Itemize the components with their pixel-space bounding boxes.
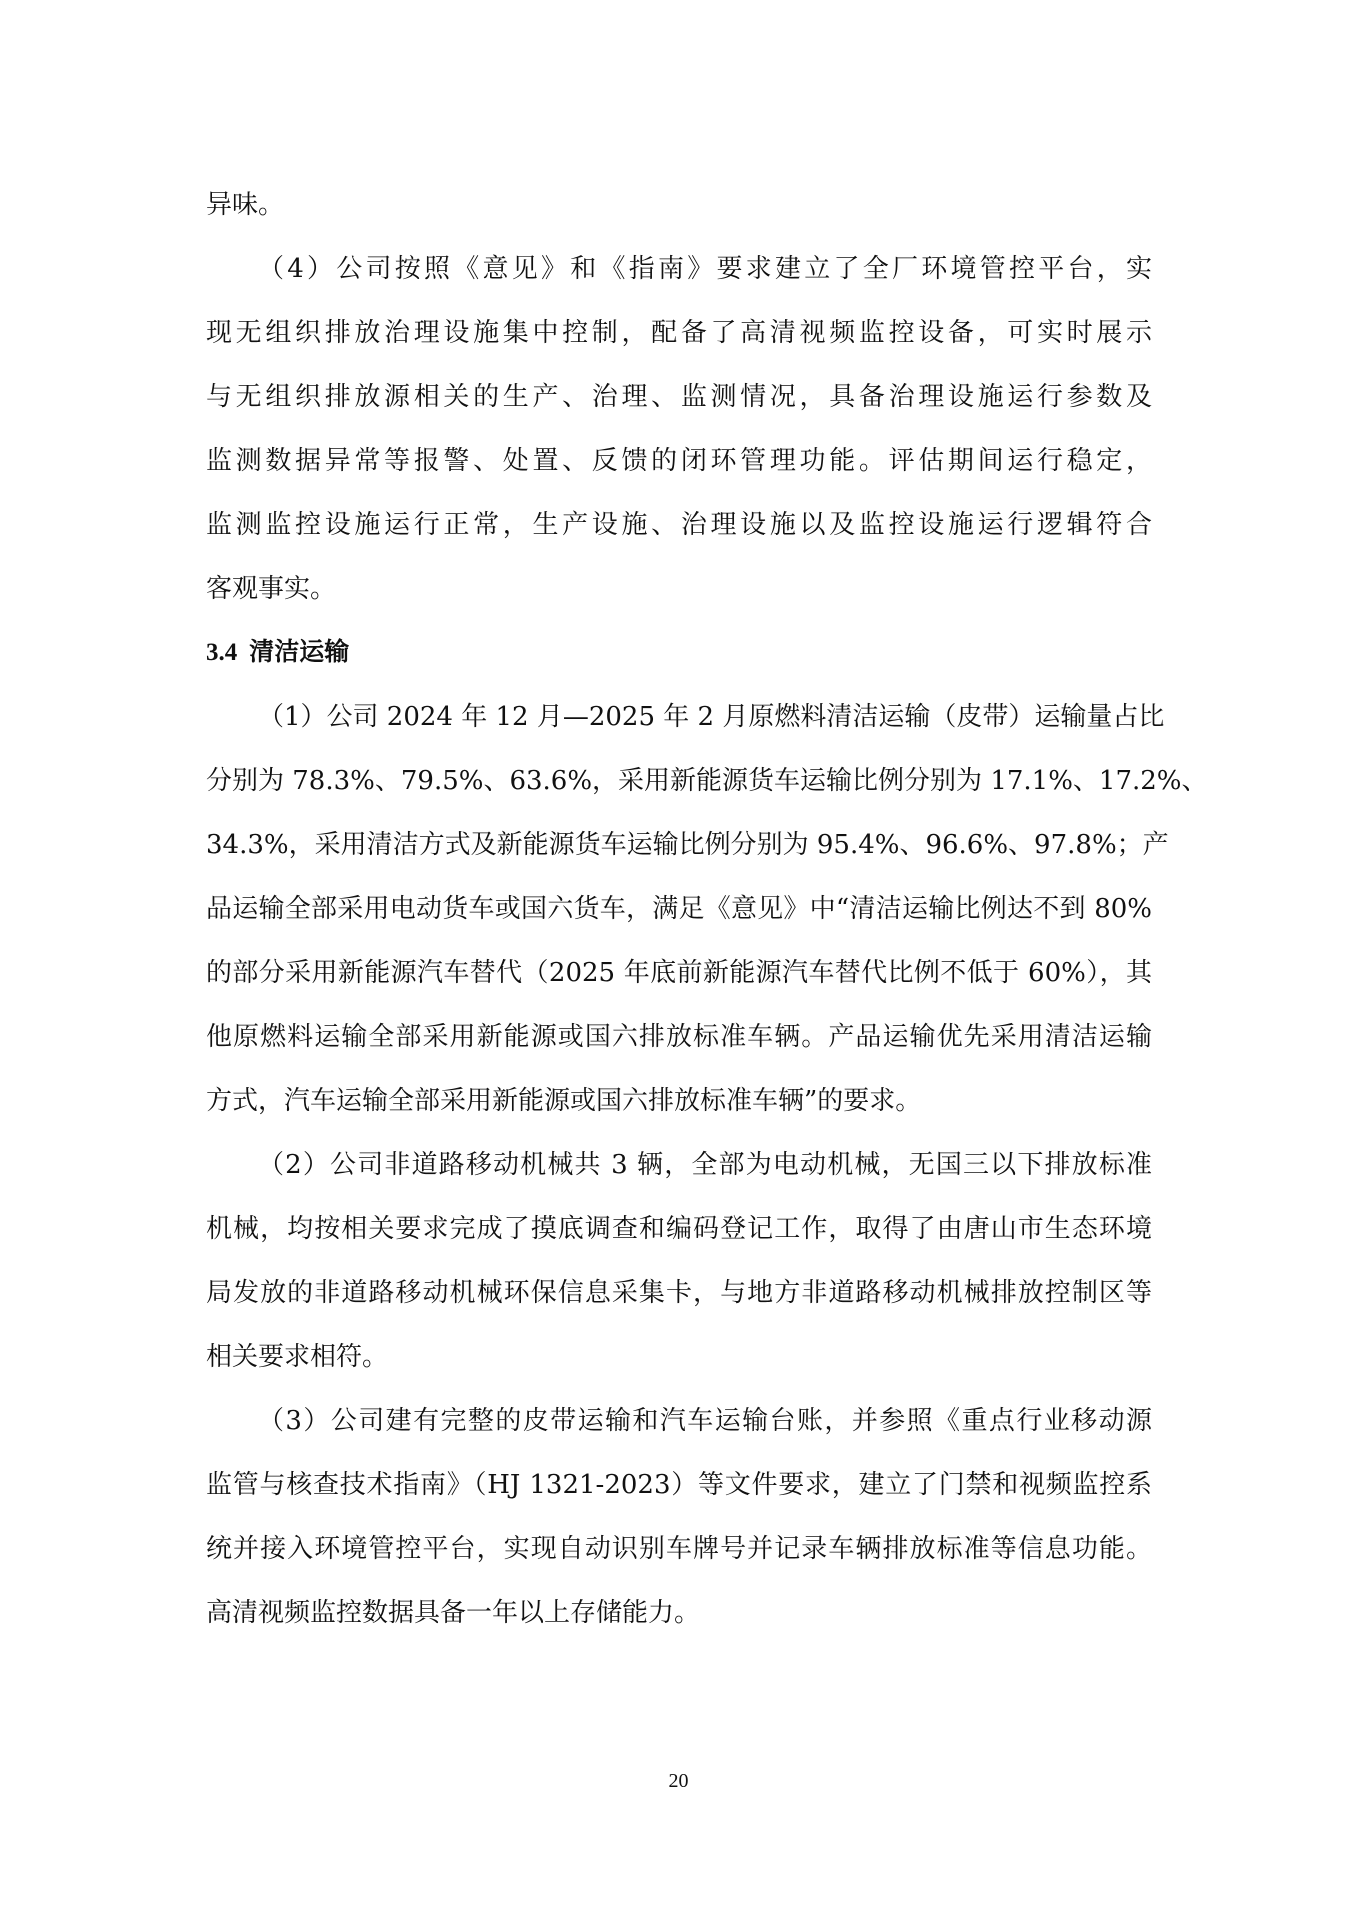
- paragraph-line: 分别为 78.3%、79.5%、63.6%，采用新能源货车运输比例分别为 17.…: [206, 758, 1152, 822]
- paragraph-line: 34.3%，采用清洁方式及新能源货车运输比例分别为 95.4%、96.6%、97…: [206, 822, 1152, 886]
- document-page: 异味。 （4）公司按照《意见》和《指南》要求建立了全厂环境管控平台，实 现无组织…: [0, 0, 1357, 1920]
- page-body: 异味。 （4）公司按照《意见》和《指南》要求建立了全厂环境管控平台，实 现无组织…: [206, 182, 1152, 1654]
- paragraph-line: （4）公司按照《意见》和《指南》要求建立了全厂环境管控平台，实: [206, 246, 1152, 310]
- paragraph-line: 现无组织排放治理设施集中控制，配备了高清视频监控设备，可实时展示: [206, 310, 1152, 374]
- paragraph-line: 品运输全部采用电动货车或国六货车，满足《意见》中“清洁运输比例达不到 80%: [206, 886, 1152, 950]
- section-heading: 3.4清洁运输: [206, 630, 1152, 694]
- paragraph-line: 客观事实。: [206, 566, 1152, 630]
- paragraph-line: 高清视频监控数据具备一年以上存储能力。: [206, 1590, 1152, 1654]
- section-title: 清洁运输: [249, 639, 349, 666]
- paragraph-line: 监管与核查技术指南》（HJ 1321-2023）等文件要求，建立了门禁和视频监控…: [206, 1462, 1152, 1526]
- paragraph-line: （2）公司非道路移动机械共 3 辆，全部为电动机械，无国三以下排放标准: [206, 1142, 1152, 1206]
- paragraph-4: （4）公司按照《意见》和《指南》要求建立了全厂环境管控平台，实 现无组织排放治理…: [206, 246, 1152, 630]
- paragraph-line: 他原燃料运输全部采用新能源或国六排放标准车辆。产品运输优先采用清洁运输: [206, 1014, 1152, 1078]
- paragraph-line: 监测数据异常等报警、处置、反馈的闭环管理功能。评估期间运行稳定，: [206, 438, 1152, 502]
- paragraph-line: 统并接入环境管控平台，实现自动识别车牌号并记录车辆排放标准等信息功能。: [206, 1526, 1152, 1590]
- paragraph-line: 相关要求相符。: [206, 1334, 1152, 1398]
- paragraph-2: （2）公司非道路移动机械共 3 辆，全部为电动机械，无国三以下排放标准 机械，均…: [206, 1142, 1152, 1398]
- paragraph-line: 机械，均按相关要求完成了摸底调查和编码登记工作，取得了由唐山市生态环境: [206, 1206, 1152, 1270]
- paragraph-line: 与无组织排放源相关的生产、治理、监测情况，具备治理设施运行参数及: [206, 374, 1152, 438]
- paragraph-line: （1）公司 2024 年 12 月—2025 年 2 月原燃料清洁运输（皮带）运…: [206, 694, 1152, 758]
- paragraph-line: 监测监控设施运行正常，生产设施、治理设施以及监控设施运行逻辑符合: [206, 502, 1152, 566]
- paragraph-line: 方式，汽车运输全部采用新能源或国六排放标准车辆”的要求。: [206, 1078, 1152, 1142]
- paragraph-line: 的部分采用新能源汽车替代（2025 年底前新能源汽车替代比例不低于 60%），其: [206, 950, 1152, 1014]
- section-number: 3.4: [206, 639, 237, 666]
- page-number: 20: [0, 1770, 1357, 1793]
- paragraph-line: （3）公司建有完整的皮带运输和汽车运输台账，并参照《重点行业移动源: [206, 1398, 1152, 1462]
- paragraph-line: 局发放的非道路移动机械环保信息采集卡，与地方非道路移动机械排放控制区等: [206, 1270, 1152, 1334]
- paragraph-3: （3）公司建有完整的皮带运输和汽车运输台账，并参照《重点行业移动源 监管与核查技…: [206, 1398, 1152, 1654]
- paragraph-1: （1）公司 2024 年 12 月—2025 年 2 月原燃料清洁运输（皮带）运…: [206, 694, 1152, 1142]
- paragraph-tail-line: 异味。: [206, 182, 1152, 246]
